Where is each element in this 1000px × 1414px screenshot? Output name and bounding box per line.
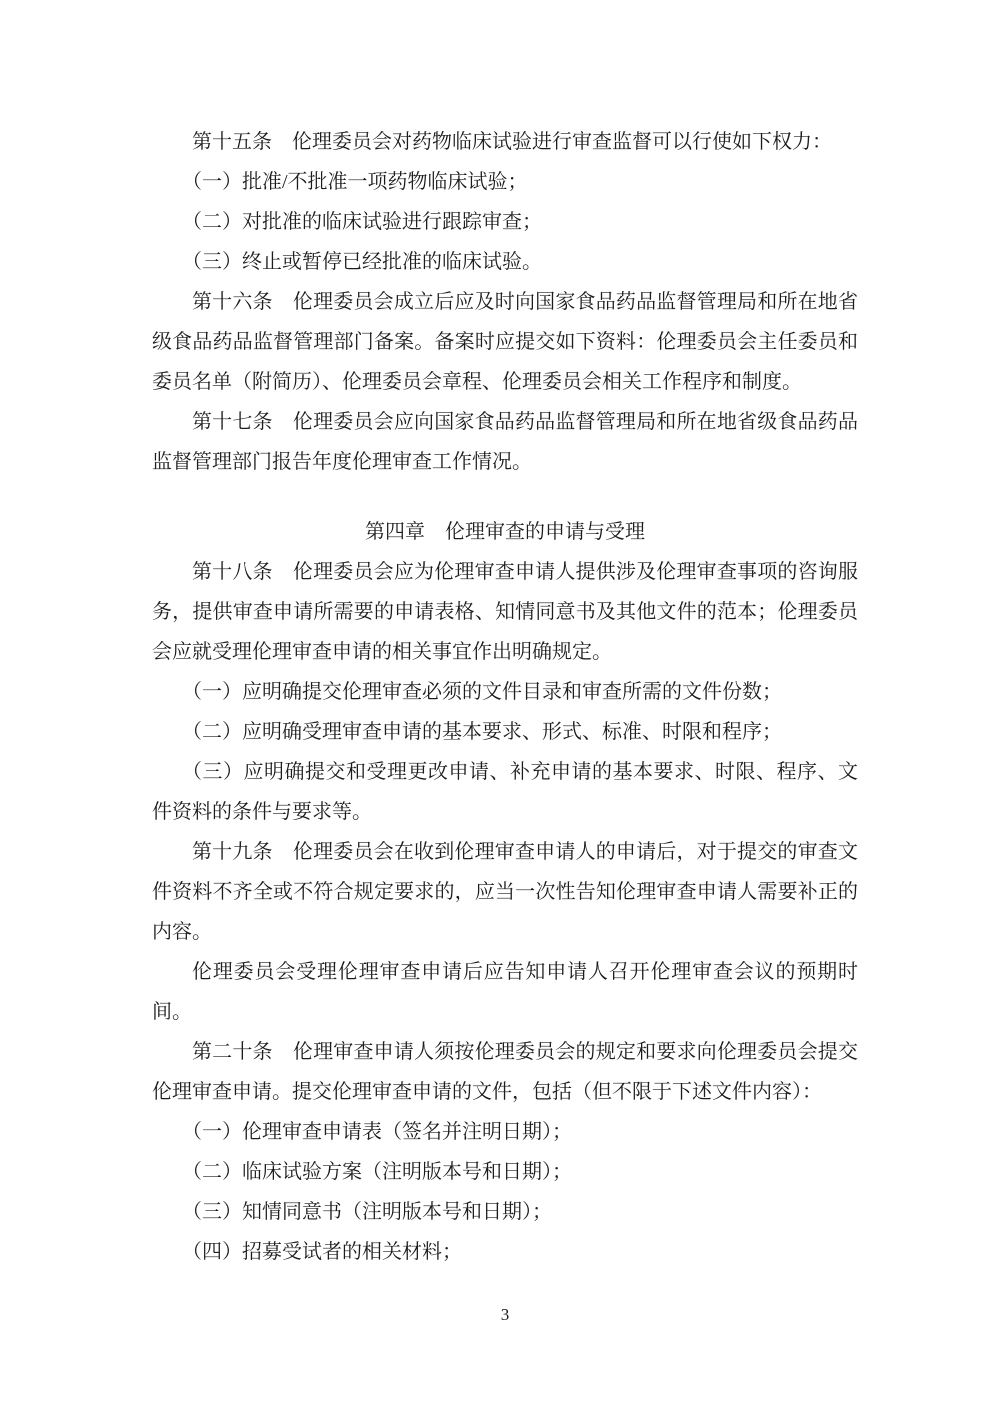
article-paragraph: 第十六条 伦理委员会成立后应及时向国家食品药品监督管理局和所在地省级食品药品监督…	[152, 282, 858, 402]
page-number: 3	[152, 1305, 858, 1325]
list-item: （一）批准/不批准一项药物临床试验；	[152, 162, 858, 202]
list-item: （三）应明确提交和受理更改申请、补充申请的基本要求、时限、程序、文件资料的条件与…	[152, 752, 858, 832]
document-page: 第十五条 伦理委员会对药物临床试验进行审查监督可以行使如下权力： （一）批准/不…	[0, 0, 1000, 1414]
article-paragraph: 第十八条 伦理委员会应为伦理审查申请人提供涉及伦理审查事项的咨询服务，提供审查申…	[152, 552, 858, 672]
article-paragraph: 伦理委员会受理伦理审查申请后应告知申请人召开伦理审查会议的预期时间。	[152, 952, 858, 1032]
list-item: （一）应明确提交伦理审查必须的文件目录和审查所需的文件份数；	[152, 672, 858, 712]
list-item: （二）应明确受理审查申请的基本要求、形式、标准、时限和程序；	[152, 712, 858, 752]
list-item: （二）临床试验方案（注明版本号和日期）；	[152, 1152, 858, 1192]
list-item: （二）对批准的临床试验进行跟踪审查；	[152, 202, 858, 242]
article-paragraph: 第十七条 伦理委员会应向国家食品药品监督管理局和所在地省级食品药品监督管理部门报…	[152, 402, 858, 482]
article-paragraph: 第二十条 伦理审查申请人须按伦理委员会的规定和要求向伦理委员会提交伦理审查申请。…	[152, 1032, 858, 1112]
list-item: （四）招募受试者的相关材料；	[152, 1232, 858, 1272]
list-item: （三）知情同意书（注明版本号和日期）；	[152, 1192, 858, 1232]
article-paragraph: 第十九条 伦理委员会在收到伦理审查申请人的申请后，对于提交的审查文件资料不齐全或…	[152, 832, 858, 952]
chapter-heading: 第四章 伦理审查的申请与受理	[152, 512, 858, 552]
list-item: （三）终止或暂停已经批准的临床试验。	[152, 242, 858, 282]
list-item: （一）伦理审查申请表（签名并注明日期）；	[152, 1112, 858, 1152]
document-body: 第十五条 伦理委员会对药物临床试验进行审查监督可以行使如下权力： （一）批准/不…	[152, 122, 858, 1272]
article-paragraph: 第十五条 伦理委员会对药物临床试验进行审查监督可以行使如下权力：	[152, 122, 858, 162]
